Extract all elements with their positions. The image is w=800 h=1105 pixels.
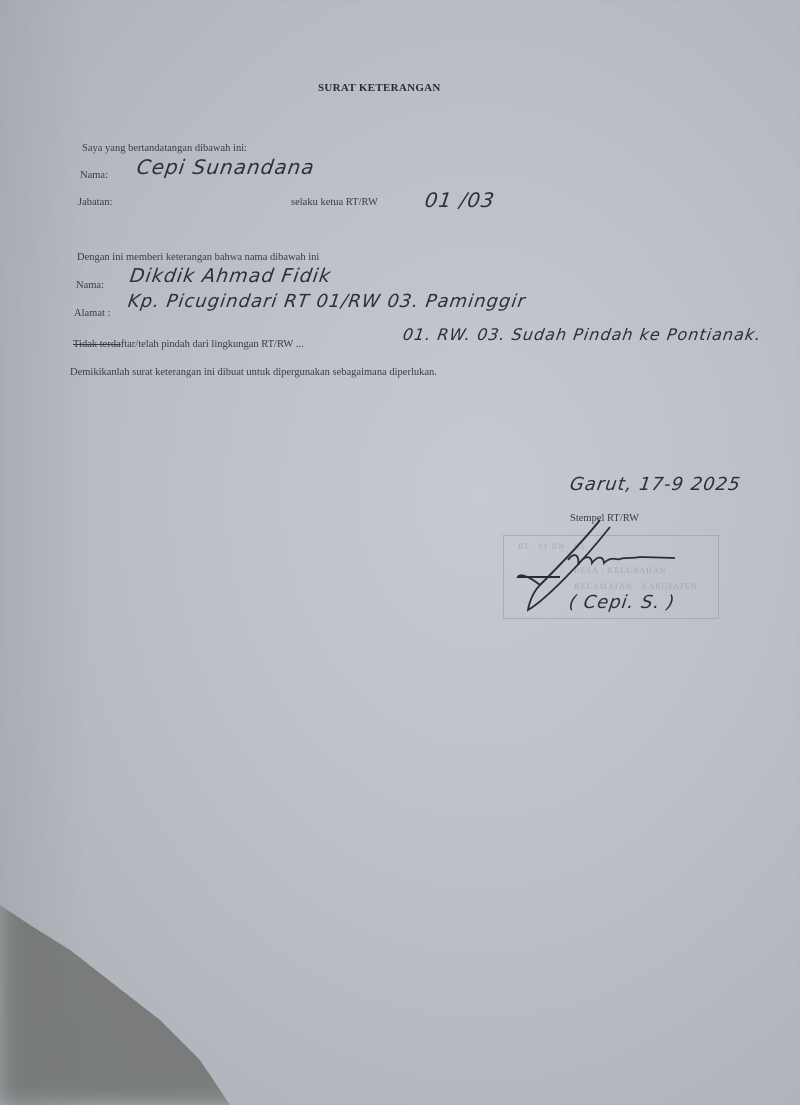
signer-position-text: selaku ketua RT/RW [291, 197, 378, 208]
subject-address-label: Alamat : [74, 308, 110, 319]
moved-struck-text: Tidak terda [73, 339, 121, 350]
subject-name-value: Dikdik Ahmad Fidik [128, 265, 332, 287]
subject-address-value: Kp. Picugindari RT 01/RW 03. Paminggir [127, 291, 528, 312]
subject-name-label: Nama: [76, 280, 104, 291]
signer-name-label: Nama: [80, 170, 108, 181]
signature-date: Garut, 17-9 2025 [569, 474, 743, 495]
closing-text: Demikikanlah surat keterangan ini dibuat… [70, 367, 437, 378]
statement-text: Dengan ini memberi keterangan bahwa nama… [77, 252, 319, 263]
signer-name-value: Cepi Sunandana [135, 155, 316, 179]
signer-position-label: Jabatan: [78, 197, 112, 208]
signature-name: ( Cepi. S. ) [568, 592, 677, 613]
document-title: SURAT KETERANGAN [318, 82, 441, 94]
signer-position-value: 01 /03 [423, 188, 496, 212]
intro-text: Saya yang bertandatangan dibawah ini: [82, 143, 247, 154]
moved-text: ftar/telah pindah dari lingkungan RT/RW … [121, 339, 304, 350]
moved-value: 01. RW. 03. Sudah Pindah ke Pontianak. [402, 325, 763, 344]
